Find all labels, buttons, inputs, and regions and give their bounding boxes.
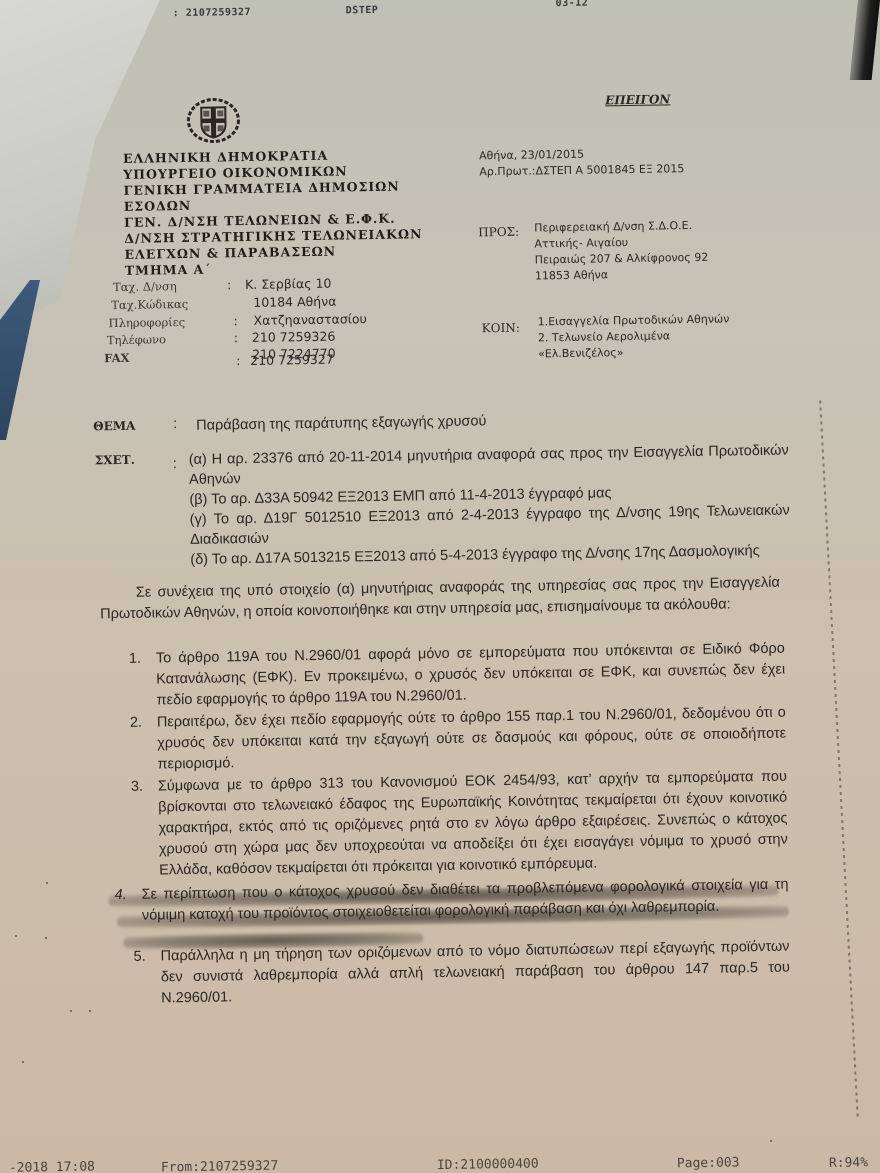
cc-line: 1.Εισαγγελία Πρωτοδικών Αθηνών: [538, 311, 730, 330]
fax-header-sender: DSTEP: [346, 5, 379, 17]
speck: [770, 1140, 772, 1142]
fax-footer-id: ID:2100000400: [437, 1157, 539, 1173]
contact-value: Χατζηαναστασίου: [253, 311, 366, 328]
fax-footer-from: From:2107259327: [161, 1159, 279, 1173]
point-number: 4.: [114, 885, 126, 906]
contact-label: Τηλέφωνο: [107, 332, 166, 347]
point-number: 2.: [130, 713, 142, 734]
protocol-number: Αρ.Πρωτ.:ΔΣΤΕΠ Α 5001845 ΕΞ 2015: [479, 162, 684, 178]
contact-sep: :: [236, 353, 240, 368]
contact-sep: :: [234, 330, 238, 345]
recipient-line: Περιφερειακή Δ/νση Σ.Δ.Ο.Ε.: [534, 218, 708, 237]
intro-paragraph: Σε συνέχεια της υπό στοιχείο (α) μηνυτήρ…: [100, 573, 781, 626]
cc-list: 1.Εισαγγελία Πρωτοδικών Αθηνών 2. Τελωνε…: [538, 311, 730, 362]
document-date: Αθήνα, 23/01/2015: [479, 148, 584, 163]
contact-value: 210 7259327: [250, 352, 334, 368]
point-number: 5.: [133, 947, 145, 968]
contact-label: Ταχ.Κώδικας: [111, 297, 188, 312]
organization-header: ΕΛΛΗΝΙΚΗ ΔΗΜΟΚΡΑΤΙΑ ΥΠΟΥΡΓΕΙΟ ΟΙΚΟΝΟΜΙΚΩ…: [123, 146, 423, 279]
references-sep: :: [173, 454, 177, 475]
point-text: Σύμφωνα με το άρθρο 313 του Κανονισμού Ε…: [158, 767, 789, 882]
numbered-point: 5. Παράλληλα η μη τήρηση των οριζόμενων …: [133, 937, 790, 1010]
subject-sep: :: [173, 414, 177, 435]
references-label: ΣΧΕΤ.: [95, 453, 135, 468]
speck: [15, 935, 17, 937]
point-text: Παράλληλα η μη τήρηση των οριζόμενων από…: [160, 937, 790, 1010]
speck: [46, 882, 48, 884]
point-text: Περαιτέρω, δεν έχει πεδίο εφαρμογής ούτε…: [157, 703, 787, 776]
numbered-point: 1. Το άρθρο 119Α του Ν.2960/01 αφορά μόν…: [129, 639, 786, 712]
recipient-address: Περιφερειακή Δ/νση Σ.Δ.Ο.Ε. Αττικής- Αιγ…: [534, 218, 709, 285]
urgent-stamp: ΕΠΕΙΓΟΝ: [605, 92, 670, 107]
contact-label: FAX: [104, 351, 130, 365]
cc-label: ΚΟΙΝ:: [482, 321, 520, 336]
point-number: 1.: [129, 649, 141, 670]
contact-sep: :: [227, 277, 231, 292]
recipient-line: Πειραιώς 207 & Αλκίφρονος 92: [535, 250, 709, 269]
fax-footer-resolution: R:94%: [829, 1155, 868, 1171]
contact-value: 210 7259326: [252, 329, 336, 345]
recipient-line: 11853 Αθήνα: [535, 266, 709, 285]
speck: [22, 1061, 24, 1063]
recipient-label: ΠΡΟΣ:: [478, 225, 519, 240]
subject-label: ΘΕΜΑ: [93, 419, 135, 434]
numbered-point: 3. Σύμφωνα με το άρθρο 313 του Κανονισμο…: [131, 767, 789, 882]
greek-coat-of-arms-icon: [185, 96, 242, 145]
subject-text: Παράβαση της παράτυπης εξαγωγής χρυσού: [196, 411, 486, 437]
speck: [89, 1010, 91, 1012]
photo-background: : 2107259327 DSTEP 03-12 ΕΠΕΙΓΟΝ ΕΛΛΗΝΙΚ…: [0, 0, 880, 1173]
cc-line: «Ελ.Βενιζέλος»: [538, 343, 730, 362]
fax-document: : 2107259327 DSTEP 03-12 ΕΠΕΙΓΟΝ ΕΛΛΗΝΙΚ…: [0, 0, 880, 1173]
point-number: 3.: [131, 777, 143, 798]
contact-label: Πληροφορίες: [109, 315, 186, 330]
fax-footer-datetime: -2018 17:08: [9, 1159, 95, 1173]
fax-from-number: 2107259327: [186, 7, 251, 19]
contact-value: 10184 Αθήνα: [253, 294, 336, 310]
fax-header-from: : 2107259327: [173, 7, 251, 19]
fax-footer-page: Page:003: [677, 1155, 740, 1171]
contact-sep: :: [233, 313, 237, 328]
fax-header-page-ref: 03-12: [556, 0, 589, 9]
contact-label: Ταχ. Δ/νση: [113, 279, 177, 294]
point-text: Το άρθρο 119Α του Ν.2960/01 αφορά μόνο σ…: [156, 639, 786, 712]
references-list: (α) Η αρ. 23376 από 20-11-2014 μηνυτήρια…: [189, 441, 791, 570]
contact-value: Κ. Σερβίας 10: [245, 276, 332, 292]
speck: [45, 937, 47, 939]
speck: [70, 1010, 72, 1012]
numbered-point: 2. Περαιτέρω, δεν έχει πεδίο εφαρμογής ο…: [130, 703, 787, 776]
